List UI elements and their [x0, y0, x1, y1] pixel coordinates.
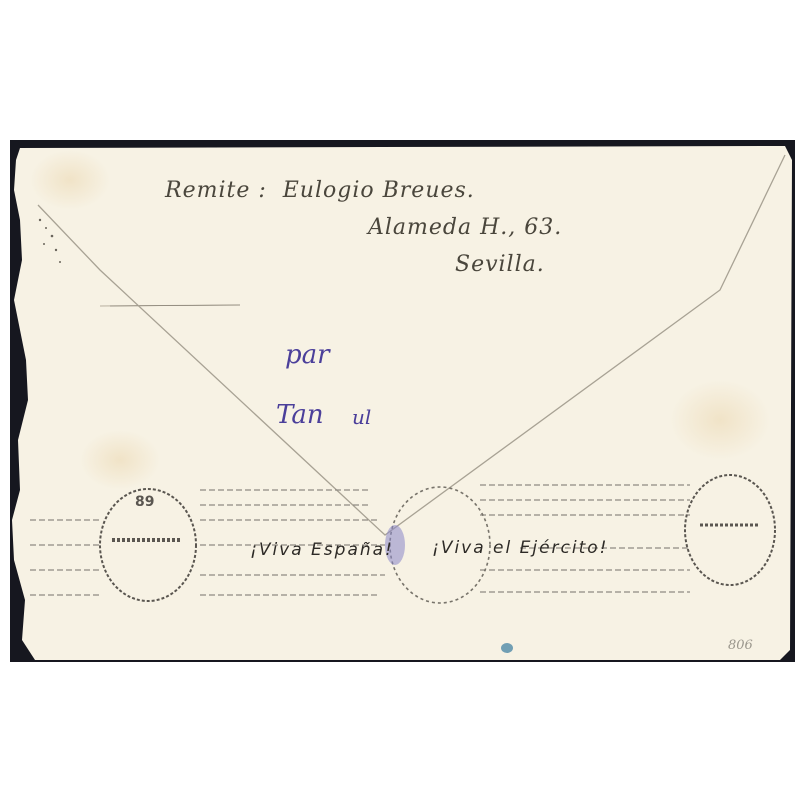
- envelope-back: [0, 0, 800, 800]
- sender-label: Remite :: [165, 178, 267, 203]
- corner-inventory-note: 806: [728, 638, 753, 653]
- pencil-note-3: ul: [352, 405, 371, 429]
- sender-city: Sevilla.: [455, 252, 545, 277]
- sender-name: Eulogio Breues.: [283, 178, 475, 203]
- sender-address: Alameda H., 63.: [368, 215, 562, 240]
- postmark-left-code: 89: [135, 494, 154, 510]
- pencil-note-1: par: [285, 340, 330, 370]
- slogan-viva-ejercito: ¡Viva el Ejército!: [432, 538, 609, 558]
- slogan-viva-espana: ¡Viva España!: [250, 540, 394, 560]
- pencil-note-2: Tan: [276, 400, 324, 430]
